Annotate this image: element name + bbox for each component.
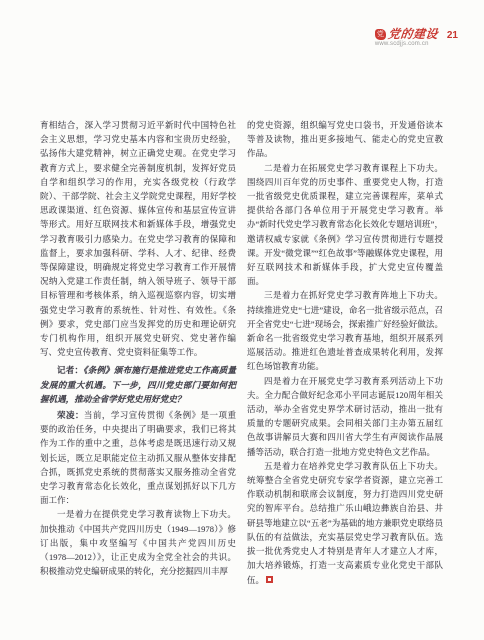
answer-speaker: 荣凌： — [57, 410, 84, 420]
question-speaker: 记者： — [57, 365, 83, 375]
journal-seal-icon: 党 — [375, 29, 386, 40]
article-column-left: 育相结合，深入学习贯彻习近平新时代中国特色社会主义思想，学习党史基本内容和宝贵历… — [40, 118, 236, 579]
article-paragraph: 的党史资源，组织编写党史口袋书，开发通俗读本等普及读物，推出更多接地气、能走心的… — [247, 118, 443, 161]
article-paragraph: 育相结合，深入学习贯彻习近平新时代中国特色社会主义思想，学习党史基本内容和宝贵历… — [40, 118, 236, 359]
article-column-right: 的党史资源，组织编写党史口袋书，开发通俗读本等普及读物，推出更多接地气、能走心的… — [247, 118, 443, 587]
article-paragraph: 一是着力在提供党史学习教育读物上下功夫。加快推动《中国共产党四川历史（1949—… — [40, 507, 236, 578]
article-paragraph: 五是着力在培养党史学习教育队伍上下功夫。统筹整合全省党史研究专家学者资源，建立完… — [247, 459, 443, 587]
article-end-mark-icon — [266, 576, 273, 583]
answer-text: 当前，学习宣传贯彻《条例》是一项重要的政治任务，中央提出了明确要求，我们已将其作… — [40, 410, 236, 505]
article-paragraph: 四是着力在开展党史学习教育系列活动上下功夫。全力配合做好纪念邓小平同志诞辰120… — [247, 374, 443, 459]
journal-website-text: www.scdjjs.com.cn — [375, 41, 429, 47]
paragraph-text: 五是着力在培养党史学习教育队伍上下功夫。统筹整合全省党史研究专家学者资源，建立完… — [247, 461, 443, 585]
journal-logo: 党 党的建设 www.scdjjs.com.cn — [375, 28, 438, 47]
interview-answer: 荣凌：当前，学习宣传贯彻《条例》是一项重要的政治任务，中央提出了明确要求，我们已… — [40, 408, 236, 507]
article-paragraph: 二是着力在拓展党史学习教育课程上下功夫。围绕四川百年党的历史事件、重要党史人物，… — [247, 161, 443, 289]
page-header: 党 党的建设 www.scdjjs.com.cn 21 — [375, 28, 458, 47]
magazine-page: 党 党的建设 www.scdjjs.com.cn 21 育相结合，深入学习贯彻习… — [0, 0, 484, 640]
article-paragraph: 三是着力在抓好党史学习教育阵地上下功夫。持续推进党史“七进”建设，命名一批省级示… — [247, 288, 443, 373]
interview-question: 记者：《条例》颁布施行是推进党史工作高质量发展的重大机遇。下一步，四川党史部门要… — [40, 363, 236, 406]
journal-title-script: 党的建设 — [387, 28, 438, 40]
page-number: 21 — [447, 30, 458, 41]
